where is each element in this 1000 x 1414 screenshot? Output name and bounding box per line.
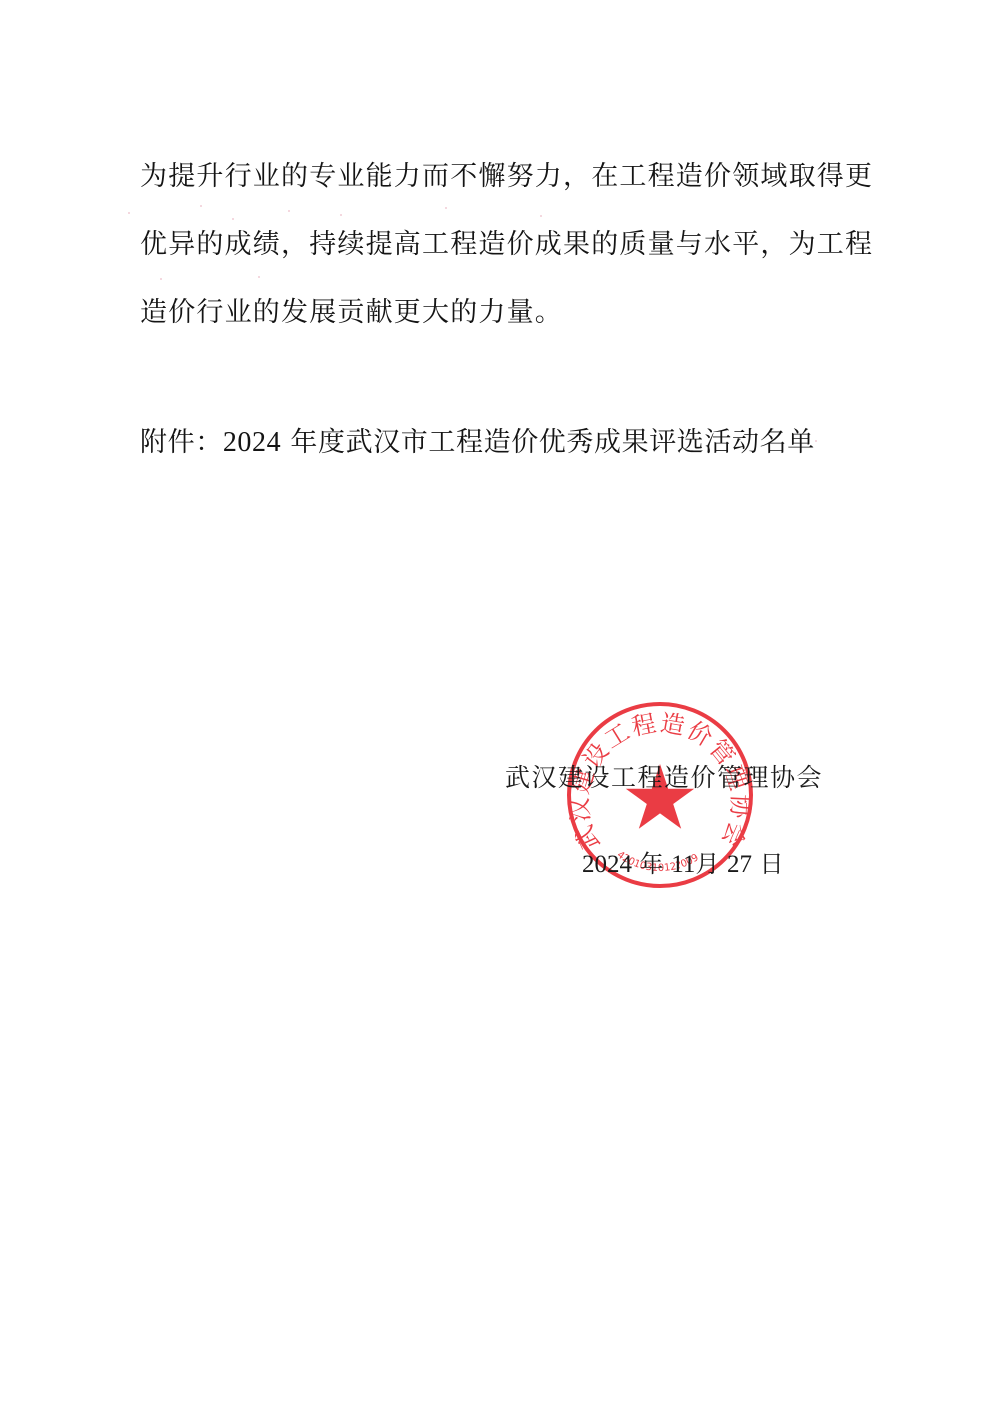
date-day-suffix: 日 [752, 850, 784, 878]
body-text-line: 造价行业的发展贡献更大的力量。 [140, 296, 563, 330]
attachment-prefix: 附件： [140, 427, 223, 458]
issuing-organization: 武汉建设工程造价管理协会 [505, 762, 823, 794]
scan-speckle [128, 212, 130, 214]
scan-speckle [160, 278, 162, 280]
scan-speckle [288, 210, 290, 212]
date-day: 27 [727, 851, 752, 878]
body-text-line: 优异的成绩，持续提高工程造价成果的质量与水平，为工程 [140, 228, 873, 262]
issue-date: 2024 年 11月 27 日 [582, 848, 784, 881]
body-text-line: 为提升行业的专业能力而不懈努力，在工程造价领域取得更 [140, 160, 873, 194]
date-year-suffix: 年 [632, 850, 671, 878]
scan-speckle [258, 276, 260, 278]
date-year: 2024 [582, 851, 632, 878]
date-month-suffix: 月 [695, 850, 727, 878]
scan-speckle [445, 207, 447, 209]
attachment-line: 附件：2024 年度武汉市工程造价优秀成果评选活动名单 [140, 426, 815, 460]
scan-speckle [815, 440, 817, 442]
scan-speckle [540, 215, 542, 217]
document-page: 为提升行业的专业能力而不懈努力，在工程造价领域取得更 优异的成绩，持续提高工程造… [0, 0, 1000, 1414]
scan-speckle [340, 214, 342, 216]
attachment-year: 2024 [223, 427, 281, 458]
scan-speckle [200, 205, 202, 207]
date-month: 11 [671, 851, 695, 878]
attachment-title: 年度武汉市工程造价优秀成果评选活动名单 [290, 427, 814, 458]
scan-speckle [232, 218, 234, 220]
